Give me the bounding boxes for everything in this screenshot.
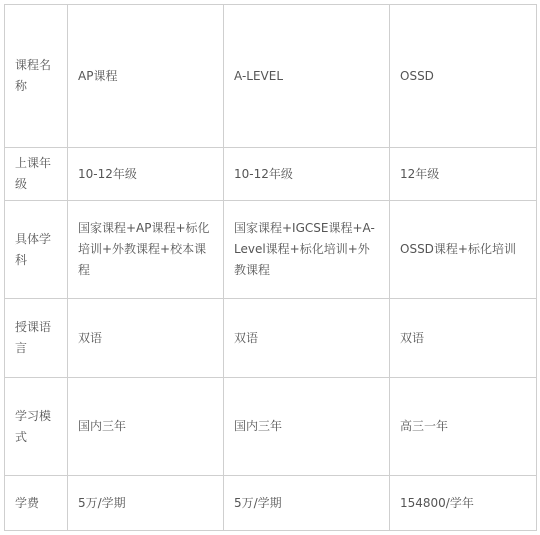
cell-alevel: 双语 [224, 299, 390, 378]
row-label: 学费 [5, 476, 68, 531]
row-label: 具体学科 [5, 201, 68, 299]
table-row-grade: 上课年级 10-12年级 10-12年级 12年级 [5, 148, 537, 201]
row-label: 课程名称 [5, 5, 68, 148]
table-row-subjects: 具体学科 国家课程+AP课程+标化培训+外教课程+校本课程 国家课程+IGCSE… [5, 201, 537, 299]
cell-ap: 国内三年 [68, 378, 224, 476]
cell-ap: AP课程 [68, 5, 224, 148]
cell-ossd: OSSD课程+标化培训 [390, 201, 537, 299]
table-row-tuition: 学费 5万/学期 5万/学期 154800/学年 [5, 476, 537, 531]
row-label: 学习模式 [5, 378, 68, 476]
cell-alevel: 10-12年级 [224, 148, 390, 201]
cell-ossd: 154800/学年 [390, 476, 537, 531]
cell-ossd: 双语 [390, 299, 537, 378]
cell-alevel: A-LEVEL [224, 5, 390, 148]
cell-ap: 10-12年级 [68, 148, 224, 201]
cell-alevel: 5万/学期 [224, 476, 390, 531]
cell-ap: 国家课程+AP课程+标化培训+外教课程+校本课程 [68, 201, 224, 299]
table-row-language: 授课语言 双语 双语 双语 [5, 299, 537, 378]
row-label: 上课年级 [5, 148, 68, 201]
cell-ossd: 高三一年 [390, 378, 537, 476]
cell-alevel: 国内三年 [224, 378, 390, 476]
cell-ap: 5万/学期 [68, 476, 224, 531]
cell-ap: 双语 [68, 299, 224, 378]
table-row-course-name: 课程名称 AP课程 A-LEVEL OSSD [5, 5, 537, 148]
table-row-study-mode: 学习模式 国内三年 国内三年 高三一年 [5, 378, 537, 476]
row-label: 授课语言 [5, 299, 68, 378]
cell-alevel: 国家课程+IGCSE课程+A-Level课程+标化培训+外教课程 [224, 201, 390, 299]
cell-ossd: OSSD [390, 5, 537, 148]
course-comparison-table: 课程名称 AP课程 A-LEVEL OSSD 上课年级 10-12年级 10-1… [4, 4, 537, 531]
cell-ossd: 12年级 [390, 148, 537, 201]
